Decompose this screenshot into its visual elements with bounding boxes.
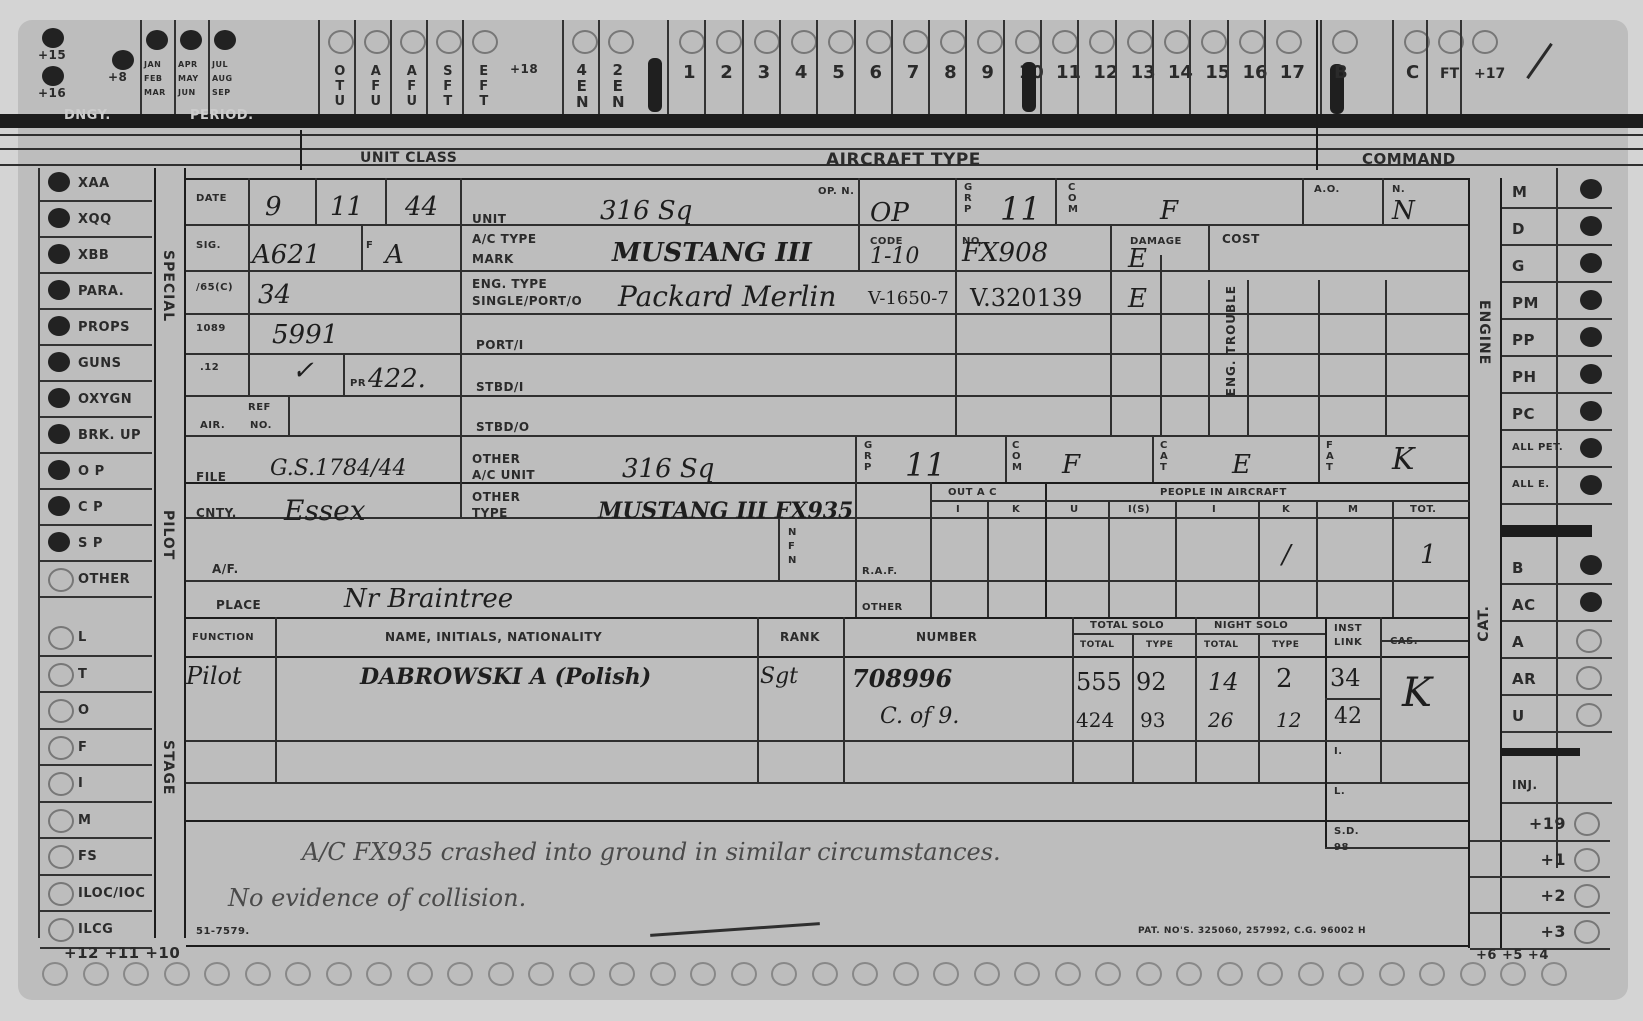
f12-label: .12 [200, 362, 219, 373]
ns-total-2[interactable]: 26 [1208, 708, 1233, 732]
open-hole [1176, 962, 1202, 986]
open-hole [48, 809, 74, 833]
sidebar-code-label: PH [1512, 368, 1537, 386]
ns-type-2[interactable]: 12 [1276, 708, 1301, 732]
open-hole [1576, 629, 1602, 653]
pr-value[interactable]: 422. [368, 364, 426, 394]
cas-header: CAS. [1390, 636, 1418, 647]
sidebar-code-row[interactable]: BRK. UP [40, 418, 152, 454]
open-hole [528, 962, 554, 986]
open-hole [48, 736, 74, 760]
sidebar-code-label: D [1512, 220, 1525, 238]
sidebar-code-row[interactable]: M [40, 803, 152, 840]
other-cat-value[interactable]: E [1232, 450, 1251, 480]
open-hole [1419, 962, 1445, 986]
column-divider [965, 20, 967, 116]
sidebar-code-row[interactable]: I [40, 766, 152, 803]
punched-hole [48, 208, 70, 228]
open-hole [866, 30, 892, 54]
open-hole [407, 962, 433, 986]
ns-total-header: TOTAL [1204, 640, 1238, 650]
open-hole [436, 30, 462, 54]
ts-type[interactable]: 92 [1136, 668, 1167, 696]
no-label: NO. [250, 420, 272, 431]
open-hole [164, 962, 190, 986]
open-hole [791, 30, 817, 54]
grp-label: G R P [964, 182, 974, 215]
sig-value[interactable]: A621 [252, 240, 320, 270]
open-hole [572, 30, 598, 54]
sidebar-code-label: AR [1512, 670, 1536, 688]
unit-label: UNIT [472, 212, 506, 226]
sidebar-code-row[interactable]: L [40, 620, 152, 657]
sidebar-code-row[interactable]: PP [1502, 320, 1612, 357]
ts-type-2[interactable]: 93 [1140, 708, 1165, 732]
cnty-label: CNTY. [196, 506, 237, 520]
eng-damage[interactable]: E [1128, 284, 1147, 314]
eng-model[interactable]: V-1650-7 [868, 288, 949, 309]
period-month: AUG [212, 74, 233, 83]
sidebar-code-label: OTHER [78, 572, 130, 587]
inst-link-2[interactable]: 42 [1334, 704, 1362, 729]
com-value[interactable]: F [1160, 196, 1178, 226]
column-divider [1189, 20, 1191, 116]
open-hole [1500, 962, 1526, 986]
place-value[interactable]: Nr Braintree [344, 584, 513, 614]
sidebar-code-label: F [78, 740, 87, 755]
sidebar-code-row[interactable]: B [1502, 548, 1612, 585]
unit-value[interactable]: 316 Sq [600, 196, 692, 226]
sidebar-code-row[interactable]: ILOC/IOC [40, 876, 152, 913]
inst-link-header: INST LINK [1334, 622, 1374, 650]
open-hole [245, 962, 271, 986]
open-hole [940, 30, 966, 54]
open-hole [1574, 848, 1600, 872]
date-label: DATE [196, 193, 227, 204]
op-n-label: OP. N. [818, 186, 854, 197]
ns-type-header: TYPE [1272, 640, 1299, 650]
sidebar-code-label: XBB [78, 248, 109, 263]
open-hole [903, 30, 929, 54]
open-hole [1460, 962, 1486, 986]
out-ac-i: I [956, 504, 960, 515]
sidebar-code-row[interactable]: PM [1502, 283, 1612, 320]
remarks-line2[interactable]: No evidence of collision. [228, 884, 526, 912]
plus-code-row[interactable]: +1 [1470, 842, 1610, 878]
sidebar-code-label: A [1512, 633, 1524, 651]
form-number: 51-7579. [196, 926, 250, 937]
f765c-label: /65(C) [196, 282, 233, 293]
sidebar-code-row[interactable]: U [1502, 696, 1612, 733]
open-hole [1055, 962, 1081, 986]
column-divider [1115, 20, 1117, 116]
aircraft-type-number: 17 [1280, 62, 1305, 83]
unit-class-code: S F T [442, 64, 454, 109]
open-hole [48, 918, 74, 942]
open-hole [48, 882, 74, 906]
crew-name[interactable]: DABROWSKI A (Polish) [360, 664, 651, 690]
ts-total-2[interactable]: 424 [1076, 708, 1114, 732]
open-hole [328, 30, 354, 54]
sidebar-code-label: FS [78, 849, 97, 864]
crew-function[interactable]: Pilot [186, 662, 242, 690]
other-ac-unit-label: A/C UNIT [472, 468, 535, 482]
sidebar-code-row[interactable]: C P [40, 490, 152, 526]
open-hole [400, 30, 426, 54]
open-hole [974, 962, 1000, 986]
open-hole [204, 962, 230, 986]
punched-hole [1580, 592, 1602, 612]
plus-code-label: +3 [1540, 922, 1566, 941]
crew-cas[interactable]: K [1402, 670, 1432, 716]
engine-label: ENGINE [1476, 300, 1492, 365]
mark-label: MARK [472, 252, 514, 266]
command-code: FT [1440, 66, 1459, 82]
open-hole [1379, 962, 1405, 986]
aircraft-type-number: 6 [870, 62, 883, 83]
place-label: PLACE [216, 598, 261, 612]
other-com-label: C O M [1012, 440, 1022, 473]
open-hole [1136, 962, 1162, 986]
punched-hole [1580, 290, 1602, 310]
sidebar-code-row[interactable]: AC [1502, 585, 1612, 622]
period-month: APR [178, 60, 198, 69]
open-hole [48, 845, 74, 869]
out-ac-label: OUT A C [948, 487, 997, 498]
punched-hole [1580, 179, 1602, 199]
cnty-value[interactable]: Essex [284, 494, 366, 527]
cost-label: COST [1222, 232, 1260, 246]
sidebar-code-row[interactable]: A [1502, 622, 1612, 659]
column-divider [1426, 20, 1428, 116]
sidebar-code-label: O P [78, 464, 105, 479]
sidebar-code-row[interactable]: XAA [40, 166, 152, 202]
open-hole [48, 568, 74, 592]
people-raf-tot[interactable]: 1 [1420, 540, 1437, 570]
open-hole [1576, 666, 1602, 690]
punched-slot [1022, 62, 1036, 112]
open-hole [42, 962, 68, 986]
sidebar-code-row[interactable]: F [40, 730, 152, 767]
ts-total[interactable]: 555 [1076, 668, 1122, 696]
column-divider [140, 20, 142, 116]
code-value[interactable]: 1-10 [870, 244, 919, 269]
sidebar-code-row[interactable]: XBB [40, 238, 152, 274]
sig-label: SIG. [196, 240, 221, 251]
open-hole [1574, 920, 1600, 944]
open-hole [123, 962, 149, 986]
column-divider [208, 20, 210, 116]
open-hole [364, 30, 390, 54]
sidebar-code-row[interactable]: S P [40, 526, 152, 562]
punched-hole [1580, 555, 1602, 575]
column-divider [462, 20, 464, 116]
punched-hole [48, 316, 70, 336]
open-hole [1257, 962, 1283, 986]
column-divider [1040, 20, 1042, 116]
sidebar-code-label: M [1512, 183, 1527, 201]
f765c-value[interactable]: 34 [258, 280, 291, 310]
sig-f-value[interactable]: A [385, 240, 404, 270]
column-divider [1227, 20, 1229, 116]
total-solo-header: TOTAL SOLO [1090, 620, 1164, 631]
eng-type-value[interactable]: Packard Merlin [618, 280, 836, 313]
aircraft-type-number: 2 [720, 62, 733, 83]
punched-hole [42, 28, 64, 48]
other-com-value[interactable]: F [1062, 450, 1080, 480]
open-hole [679, 30, 705, 54]
sidebar-code-label: T [78, 667, 87, 682]
plus-code-row[interactable]: +2 [1470, 878, 1610, 914]
crew-number[interactable]: 708996 [852, 664, 952, 693]
other-type-value[interactable]: MUSTANG III FX935 [598, 498, 853, 524]
open-hole [83, 962, 109, 986]
sidebar-code-label: PC [1512, 405, 1535, 423]
plus-code-label: +2 [1540, 886, 1566, 905]
column-divider [1460, 20, 1462, 116]
open-hole [326, 962, 352, 986]
open-hole [366, 962, 392, 986]
sidebar-code-row[interactable]: OTHER [40, 562, 152, 598]
column-divider [1152, 20, 1154, 116]
en-code: 4 E N [576, 62, 588, 110]
aircraft-type-number: 8 [944, 62, 957, 83]
sidebar-code-label: PP [1512, 331, 1535, 349]
fat-label: F A T [1326, 440, 1336, 473]
punched-slot [648, 58, 662, 112]
period-month: MAR [144, 88, 166, 97]
sidebar-code-row[interactable]: OXYGN [40, 382, 152, 418]
sidebar-code-row[interactable]: ALL PET. [1502, 431, 1612, 468]
open-hole [1164, 30, 1190, 54]
af-label: A/F. [212, 562, 239, 576]
inj-label: INJ. [1512, 778, 1538, 792]
open-hole [650, 962, 676, 986]
open-hole [488, 962, 514, 986]
date-month[interactable]: 11 [330, 192, 363, 222]
grp-value[interactable]: 11 [1000, 190, 1041, 228]
plus18-code: +18 [510, 62, 538, 76]
cat-label: C A T [1160, 440, 1170, 473]
punched-hole [48, 352, 70, 372]
inj-row: INJ. [1502, 768, 1612, 804]
n-value[interactable]: N [1392, 196, 1415, 226]
sidebar-code-row[interactable]: PARA. [40, 274, 152, 310]
sidebar-code-label: ALL E. [1512, 479, 1550, 490]
top-code: +15 [38, 48, 66, 62]
plus-code-row[interactable]: +19 [1470, 806, 1610, 842]
sidebar-code-row[interactable]: PROPS [40, 310, 152, 346]
aircraft-type-number: 7 [907, 62, 920, 83]
extra-l-label: L. [1334, 786, 1345, 797]
dngy-label: DNGY. [64, 108, 111, 123]
damage-value[interactable]: E [1128, 244, 1147, 274]
open-hole [690, 962, 716, 986]
other-label: OTHER [472, 452, 520, 466]
ac-type-label: A/C TYPE [472, 232, 537, 246]
open-hole [754, 30, 780, 54]
period-month: FEB [144, 74, 163, 83]
column-divider [779, 20, 781, 116]
sidebar-code-row[interactable]: ALL E. [1502, 468, 1612, 505]
remarks-line1[interactable]: A/C FX935 crashed into ground in similar… [302, 838, 1001, 866]
aircraft-type-number: 1 [683, 62, 696, 83]
pilot-label: PILOT [160, 510, 176, 560]
other-grp-value[interactable]: 11 [905, 446, 946, 484]
ns-type[interactable]: 2 [1276, 664, 1293, 694]
column-divider [891, 20, 893, 116]
extra-i-label: I. [1334, 746, 1343, 757]
people-raf-k[interactable]: / [1282, 540, 1291, 570]
punched-hole [48, 172, 70, 192]
nfn-label: N F N [788, 526, 798, 568]
sidebar-code-label: S P [78, 536, 103, 551]
open-hole [771, 962, 797, 986]
special-label: SPECIAL [160, 250, 176, 322]
eng-serial[interactable]: V.320139 [970, 284, 1082, 312]
people-col-u: U [1070, 504, 1079, 515]
function-header: FUNCTION [192, 632, 254, 643]
file-value[interactable]: G.S.1784/44 [270, 456, 406, 481]
sidebar-code-label: XAA [78, 176, 110, 191]
op-n-value[interactable]: OP [870, 198, 909, 228]
period-month: JAN [144, 60, 161, 69]
ts-total-header: TOTAL [1080, 640, 1114, 650]
left-bottom-codes: +12 +11 +10 [64, 944, 180, 962]
column-divider [1392, 20, 1394, 116]
top-code: +16 [38, 86, 66, 100]
sidebar-code-row[interactable]: T [40, 657, 152, 694]
open-hole [731, 962, 757, 986]
sig-f-label: F [366, 240, 373, 251]
column-divider [426, 20, 428, 116]
column-divider [562, 20, 564, 116]
open-hole [1201, 30, 1227, 54]
f1089-value[interactable]: 5991 [272, 320, 338, 350]
sidebar-code-row[interactable]: XQQ [40, 202, 152, 238]
open-hole [285, 962, 311, 986]
sidebar-code-label: L [78, 630, 87, 645]
sd-label: S.D. [1334, 826, 1359, 837]
sidebar-code-row[interactable]: M [1502, 172, 1612, 209]
open-hole [1298, 962, 1324, 986]
column-divider [598, 20, 600, 116]
open-hole [1217, 962, 1243, 986]
open-hole [933, 962, 959, 986]
open-hole [1338, 962, 1364, 986]
serial-value[interactable]: FX908 [962, 238, 1048, 268]
open-hole [893, 962, 919, 986]
open-hole [1574, 812, 1600, 836]
open-hole [608, 30, 634, 54]
sidebar-code-row[interactable]: AR [1502, 659, 1612, 696]
sidebar-code-row[interactable]: G [1502, 246, 1612, 283]
plus-code-row[interactable]: +3 [1470, 914, 1610, 950]
punched-hole [1580, 327, 1602, 347]
crew-number-note[interactable]: C. of 9. [880, 704, 959, 729]
punched-hole [48, 496, 70, 516]
unit-class-code: E F T [478, 64, 490, 109]
open-hole [472, 30, 498, 54]
sidebar-code-label: PARA. [78, 284, 124, 299]
people-col-m: M [1348, 504, 1358, 515]
aircraft-type-number: 5 [832, 62, 845, 83]
other-fat-value[interactable]: K [1392, 442, 1414, 477]
people-col-i: I [1212, 504, 1216, 515]
sidebar-code-row[interactable]: PH [1502, 357, 1612, 394]
column-divider [1320, 20, 1322, 116]
other-type-label2: TYPE [472, 506, 508, 520]
punched-hole [1580, 475, 1602, 495]
sidebar-code-label: C P [78, 500, 103, 515]
sidebar-code-row[interactable]: O P [40, 454, 152, 490]
punched-hole [48, 388, 70, 408]
punched-hole [112, 50, 134, 70]
sidebar-code-row[interactable]: FS [40, 839, 152, 876]
f12-check[interactable]: ✓ [292, 356, 314, 386]
open-hole [1015, 30, 1041, 54]
plus-code-label: +19 [1529, 814, 1566, 833]
plus-code-label: +1 [1540, 850, 1566, 869]
command-code: +17 [1474, 66, 1505, 82]
column-divider [1077, 20, 1079, 116]
open-hole [1095, 962, 1121, 986]
sidebar-code-row[interactable]: D [1502, 209, 1612, 246]
date-day[interactable]: 9 [265, 192, 282, 222]
people-col-tot: TOT. [1410, 504, 1436, 515]
single-port-label: SINGLE/PORT/O [472, 294, 582, 308]
column-divider [354, 20, 356, 116]
column-divider [318, 20, 320, 116]
open-hole [812, 962, 838, 986]
sidebar-code-label: B [1512, 559, 1524, 577]
period-month: JUL [212, 60, 228, 69]
sidebar-code-row[interactable]: O [40, 693, 152, 730]
inst-link[interactable]: 34 [1330, 664, 1361, 692]
sidebar-code-row[interactable]: PC [1502, 394, 1612, 431]
ac-type-value[interactable]: MUSTANG III [612, 238, 812, 268]
open-hole [1576, 703, 1602, 727]
punched-hole [48, 244, 70, 264]
punched-hole [1580, 438, 1602, 458]
unit-class-code: O T U [334, 64, 346, 109]
punched-hole [1580, 401, 1602, 421]
open-hole [48, 772, 74, 796]
people-col-k: K [1282, 504, 1290, 515]
column-divider [816, 20, 818, 116]
other-row-label: OTHER [862, 602, 903, 613]
open-hole [447, 962, 473, 986]
punched-hole [214, 30, 236, 50]
open-hole [1541, 962, 1567, 986]
pr-label: PR [350, 378, 366, 389]
ts-type-header: TYPE [1146, 640, 1173, 650]
date-year[interactable]: 44 [405, 192, 438, 222]
unit-class-code: A F U [370, 64, 382, 109]
sidebar-code-row[interactable]: GUNS [40, 346, 152, 382]
raf-label: R.A.F. [862, 566, 898, 577]
sidebar-code-label: BRK. UP [78, 428, 141, 443]
period-label: PERIOD. [190, 108, 254, 123]
sidebar-code-label: ALL PET. [1512, 442, 1563, 453]
period-month: MAY [178, 74, 199, 83]
open-hole [1014, 962, 1040, 986]
ns-total[interactable]: 14 [1208, 668, 1239, 696]
other-ac-unit-value[interactable]: 316 Sq [622, 454, 714, 484]
sidebar-code-label: GUNS [78, 356, 121, 371]
crew-rank[interactable]: Sgt [760, 664, 798, 689]
sidebar-code-label: I [78, 776, 83, 791]
